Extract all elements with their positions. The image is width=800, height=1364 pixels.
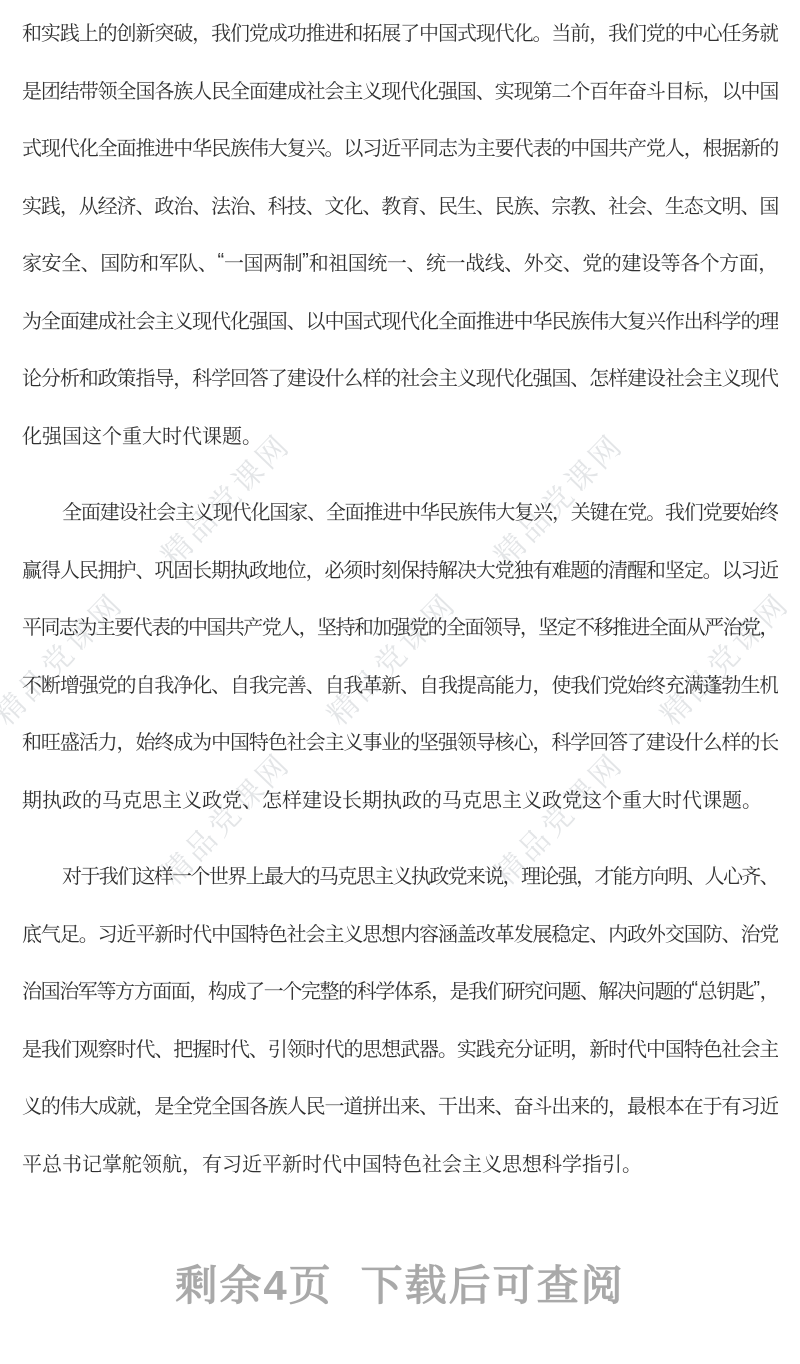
- text-line: 论分析和政策指导，科学回答了建设什么样的社会主义现代化强国、怎样建设社会主义现代: [22, 348, 778, 406]
- text-line: 是团结带领全国各族人民全面建成社会主义现代化强国、实现第二个百年奋斗目标，以中国: [22, 61, 778, 119]
- paragraph: 和实践上的创新突破，我们党成功推进和拓展了中国式现代化。当前，我们党的中心任务就…: [22, 3, 778, 463]
- text-line: 和实践上的创新突破，我们党成功推进和拓展了中国式现代化。当前，我们党的中心任务就: [22, 3, 778, 61]
- text-line: 平总书记掌舵领航，有习近平新时代中国特色社会主义思想科学指引。: [22, 1134, 778, 1192]
- document-body: 和实践上的创新突破，我们党成功推进和拓展了中国式现代化。当前，我们党的中心任务就…: [0, 0, 800, 1191]
- text-line: 底气足。习近平新时代中国特色社会主义思想内容涵盖改革发展稳定、内政外交国防、治党: [22, 904, 778, 962]
- text-line: 实践，从经济、政治、法治、科技、文化、教育、民生、民族、宗教、社会、生态文明、国: [22, 176, 778, 234]
- text-line: 式现代化全面推进中华民族伟大复兴。以习近平同志为主要代表的中国共产党人，根据新的: [22, 118, 778, 176]
- text-line: 对于我们这样一个世界上最大的马克思主义执政党来说，理论强，才能方向明、人心齐、: [22, 846, 778, 904]
- remaining-pages-count: 剩余4页: [175, 1264, 332, 1308]
- download-hint: 下载后可查阅: [361, 1264, 625, 1308]
- text-line: 不断增强党的自我净化、自我完善、自我革新、自我提高能力，使我们党始终充满蓬勃生机: [22, 655, 778, 713]
- text-line: 是我们观察时代、把握时代、引领时代的思想武器。实践充分证明，新时代中国特色社会主: [22, 1019, 778, 1077]
- text-line: 期执政的马克思主义政党、怎样建设长期执政的马克思主义政党这个重大时代课题。: [22, 770, 778, 828]
- text-line: 和旺盛活力，始终成为中国特色社会主义事业的坚强领导核心，科学回答了建设什么样的长: [22, 712, 778, 770]
- paragraph: 全面建设社会主义现代化国家、全面推进中华民族伟大复兴，关键在党。我们党要始终赢得…: [22, 482, 778, 827]
- remaining-pages-banner: 剩余4页 下载后可查阅: [0, 1264, 800, 1308]
- document-page: 精品党课网精品党课网精品党课网精品党课网精品党课网精品党课网精品党课网 和实践上…: [0, 0, 800, 1364]
- text-line: 化强国这个重大时代课题。: [22, 406, 778, 464]
- text-line: 家安全、国防和军队、“一国两制”和祖国统一、统一战线、外交、党的建设等各个方面，: [22, 233, 778, 291]
- text-line: 为全面建成社会主义现代化强国、以中国式现代化全面推进中华民族伟大复兴作出科学的理: [22, 291, 778, 349]
- text-line: 赢得人民拥护、巩固长期执政地位，必须时刻保持解决大党独有难题的清醒和坚定。以习近: [22, 540, 778, 598]
- text-line: 义的伟大成就，是全党全国各族人民一道拼出来、干出来、奋斗出来的，最根本在于有习近: [22, 1076, 778, 1134]
- text-line: 平同志为主要代表的中国共产党人，坚持和加强党的全面领导，坚定不移推进全面从严治党…: [22, 597, 778, 655]
- text-line: 治国治军等方方面面，构成了一个完整的科学体系，是我们研究问题、解决问题的“总钥匙…: [22, 961, 778, 1019]
- paragraph: 对于我们这样一个世界上最大的马克思主义执政党来说，理论强，才能方向明、人心齐、底…: [22, 846, 778, 1191]
- text-line: 全面建设社会主义现代化国家、全面推进中华民族伟大复兴，关键在党。我们党要始终: [22, 482, 778, 540]
